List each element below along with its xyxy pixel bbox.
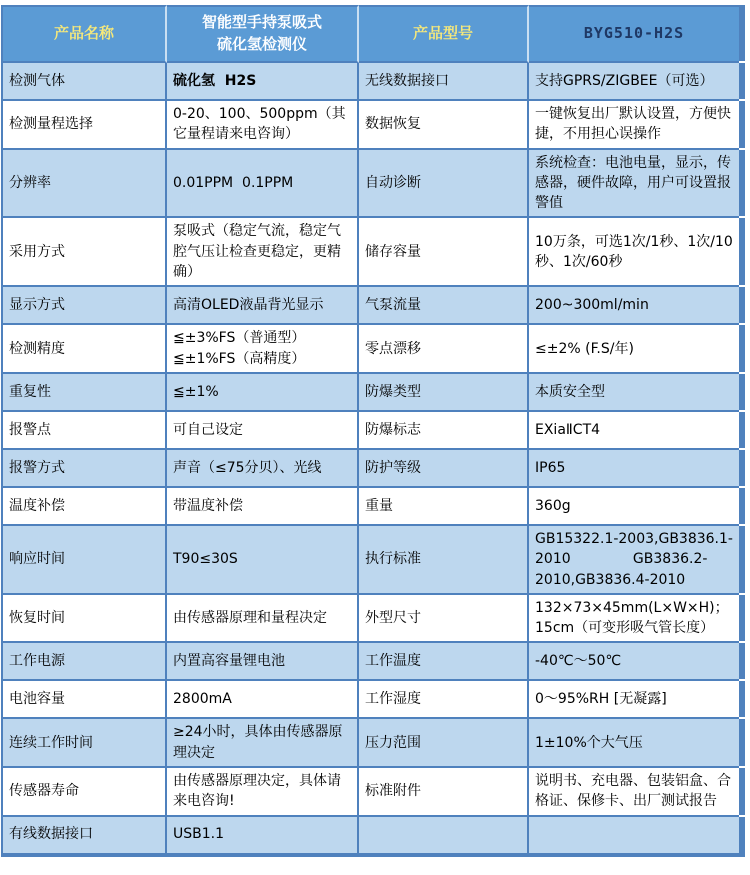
spec-value-right-cell: ≤±2% (F.S/年) bbox=[529, 325, 739, 374]
spec-value-left-cell: USB1.1 bbox=[167, 817, 359, 857]
spec-value-left-cell: T90≤30S bbox=[167, 526, 359, 595]
table-row: 检测量程选择 0-20、100、500ppm（其它量程请来电咨询） 数据恢复 一… bbox=[1, 101, 745, 150]
spec-value-left-cell: 可自己设定 bbox=[167, 412, 359, 450]
spec-label-left-cell: 采用方式 bbox=[1, 218, 167, 287]
spec-label-left-cell: 电池容量 bbox=[1, 681, 167, 719]
table-right-edge-segment bbox=[739, 325, 745, 374]
spec-label-left-cell: 检测精度 bbox=[1, 325, 167, 374]
table-right-edge-segment bbox=[739, 150, 745, 219]
spec-label-right-cell: 气泵流量 bbox=[359, 287, 529, 325]
table-right-edge-segment bbox=[739, 681, 745, 719]
spec-label-right-cell: 重量 bbox=[359, 488, 529, 526]
spec-label-left-cell: 响应时间 bbox=[1, 526, 167, 595]
spec-label-left-cell: 连续工作时间 bbox=[1, 719, 167, 768]
spec-value-left-cell: 内置高容量锂电池 bbox=[167, 643, 359, 681]
spec-value-left-cell: ≥24小时，具体由传感器原理决定 bbox=[167, 719, 359, 768]
table-row: 温度补偿 带温度补偿 重量 360g bbox=[1, 488, 745, 526]
product-spec-table: 产品名称 智能型手持泵吸式 硫化氢检测仪 产品型号 BYG510-H2S 检测气… bbox=[1, 5, 745, 857]
spec-value-right-cell: 10万条，可选1次/1秒、1次/10秒、1次/60秒 bbox=[529, 218, 739, 287]
spec-label-left-cell: 温度补偿 bbox=[1, 488, 167, 526]
spec-value-right-cell: 本质安全型 bbox=[529, 374, 739, 412]
spec-value-right-cell: EXiaⅡCT4 bbox=[529, 412, 739, 450]
spec-value-left-cell: 由传感器原理决定，具体请来电咨询! bbox=[167, 768, 359, 817]
spec-label-right-cell: 执行标准 bbox=[359, 526, 529, 595]
spec-label-right-cell: 零点漂移 bbox=[359, 325, 529, 374]
spec-label-right-cell: 防护等级 bbox=[359, 450, 529, 488]
spec-value-right-cell: 200~300ml/min bbox=[529, 287, 739, 325]
table-row: 分辨率 0.01PPM 0.1PPM 自动诊断 系统检查：电池电量，显示，传感器… bbox=[1, 150, 745, 219]
table-row: 检测精度 ≦±3%FS（普通型）≦±1%FS（高精度） 零点漂移 ≤±2% (F… bbox=[1, 325, 745, 374]
spec-label-right-cell: 数据恢复 bbox=[359, 101, 529, 150]
spec-value-right-cell: 132×73×45mm(L×W×H)；15cm（可变形吸气管长度） bbox=[529, 595, 739, 644]
table-row: 有线数据接口 USB1.1 bbox=[1, 817, 745, 857]
spec-value-left-cell: 高清OLED液晶背光显示 bbox=[167, 287, 359, 325]
spec-label-right-cell bbox=[359, 817, 529, 857]
spec-label-right-cell: 工作温度 bbox=[359, 643, 529, 681]
table-right-edge-segment bbox=[739, 817, 745, 857]
table-row: 传感器寿命 由传感器原理决定，具体请来电咨询! 标准附件 说明书、充电器、包装铝… bbox=[1, 768, 745, 817]
table-right-edge-segment bbox=[739, 412, 745, 450]
table-right-edge-segment bbox=[739, 5, 745, 63]
spec-label-right-cell: 防爆标志 bbox=[359, 412, 529, 450]
table-row: 连续工作时间 ≥24小时，具体由传感器原理决定 压力范围 1±10%个大气压 bbox=[1, 719, 745, 768]
spec-value-left-cell: 0.01PPM 0.1PPM bbox=[167, 150, 359, 219]
spec-value-left-cell: 2800mA bbox=[167, 681, 359, 719]
spec-table-header: 产品名称 智能型手持泵吸式 硫化氢检测仪 产品型号 BYG510-H2S bbox=[1, 5, 745, 63]
spec-label-left-cell: 报警方式 bbox=[1, 450, 167, 488]
spec-label-left-cell: 检测量程选择 bbox=[1, 101, 167, 150]
table-row: 报警方式 声音（≤75分贝）、光线 防护等级 IP65 bbox=[1, 450, 745, 488]
table-row: 工作电源 内置高容量锂电池 工作温度 -40℃～50℃ bbox=[1, 643, 745, 681]
spec-value-left-cell: ≦±1% bbox=[167, 374, 359, 412]
spec-label-right-cell: 防爆类型 bbox=[359, 374, 529, 412]
spec-table-body: 检测气体 硫化氢 H2S 无线数据接口 支持GPRS/ZIGBEE（可选） 检测… bbox=[1, 63, 745, 857]
spec-label-right-cell: 工作湿度 bbox=[359, 681, 529, 719]
spec-value-right-cell: 一键恢复出厂默认设置，方便快捷，不用担心误操作 bbox=[529, 101, 739, 150]
spec-label-right-cell: 无线数据接口 bbox=[359, 63, 529, 101]
spec-label-left-cell: 传感器寿命 bbox=[1, 768, 167, 817]
spec-label-left-cell: 工作电源 bbox=[1, 643, 167, 681]
header-row: 产品名称 智能型手持泵吸式 硫化氢检测仪 产品型号 BYG510-H2S bbox=[1, 5, 745, 63]
spec-label-left-cell: 重复性 bbox=[1, 374, 167, 412]
header-product-name-value: 智能型手持泵吸式 硫化氢检测仪 bbox=[167, 5, 359, 63]
table-right-edge-segment bbox=[739, 218, 745, 287]
table-row: 检测气体 硫化氢 H2S 无线数据接口 支持GPRS/ZIGBEE（可选） bbox=[1, 63, 745, 101]
spec-value-left-cell: 声音（≤75分贝）、光线 bbox=[167, 450, 359, 488]
spec-label-left-cell: 报警点 bbox=[1, 412, 167, 450]
spec-value-left-cell: 硫化氢 H2S bbox=[167, 63, 359, 101]
spec-value-right-cell: GB15322.1-2003,GB3836.1-2010 GB3836.2-20… bbox=[529, 526, 739, 595]
spec-value-right-cell: 说明书、充电器、包装铝盒、合格证、保修卡、出厂测试报告 bbox=[529, 768, 739, 817]
header-model-value: BYG510-H2S bbox=[529, 5, 739, 63]
table-row: 电池容量 2800mA 工作湿度 0～95%RH [无凝露] bbox=[1, 681, 745, 719]
spec-label-right-cell: 外型尺寸 bbox=[359, 595, 529, 644]
spec-value-right-cell bbox=[529, 817, 739, 857]
spec-value-left-cell: 带温度补偿 bbox=[167, 488, 359, 526]
spec-label-right-cell: 自动诊断 bbox=[359, 150, 529, 219]
spec-label-left-cell: 检测气体 bbox=[1, 63, 167, 101]
table-right-edge-segment bbox=[739, 526, 745, 595]
spec-value-left-cell: ≦±3%FS（普通型）≦±1%FS（高精度） bbox=[167, 325, 359, 374]
table-right-edge-segment bbox=[739, 101, 745, 150]
table-row: 采用方式 泵吸式（稳定气流，稳定气腔气压让检查更稳定，更精确） 储存容量 10万… bbox=[1, 218, 745, 287]
header-product-name-label: 产品名称 bbox=[1, 5, 167, 63]
spec-label-left-cell: 恢复时间 bbox=[1, 595, 167, 644]
spec-value-right-cell: -40℃～50℃ bbox=[529, 643, 739, 681]
spec-value-left-cell: 泵吸式（稳定气流，稳定气腔气压让检查更稳定，更精确） bbox=[167, 218, 359, 287]
table-row: 恢复时间 由传感器原理和量程决定 外型尺寸 132×73×45mm(L×W×H)… bbox=[1, 595, 745, 644]
spec-label-left-cell: 有线数据接口 bbox=[1, 817, 167, 857]
spec-value-right-cell: 360g bbox=[529, 488, 739, 526]
table-right-edge-segment bbox=[739, 63, 745, 101]
table-right-edge-segment bbox=[739, 488, 745, 526]
table-right-edge-segment bbox=[739, 719, 745, 768]
spec-value-right-cell: 1±10%个大气压 bbox=[529, 719, 739, 768]
table-right-edge-segment bbox=[739, 768, 745, 817]
spec-label-right-cell: 储存容量 bbox=[359, 218, 529, 287]
spec-value-left-cell: 0-20、100、500ppm（其它量程请来电咨询） bbox=[167, 101, 359, 150]
table-right-edge-segment bbox=[739, 643, 745, 681]
spec-value-right-cell: 支持GPRS/ZIGBEE（可选） bbox=[529, 63, 739, 101]
spec-value-left-cell: 由传感器原理和量程决定 bbox=[167, 595, 359, 644]
spec-label-right-cell: 压力范围 bbox=[359, 719, 529, 768]
spec-label-left-cell: 显示方式 bbox=[1, 287, 167, 325]
spec-value-right-cell: IP65 bbox=[529, 450, 739, 488]
table-row: 响应时间 T90≤30S 执行标准 GB15322.1-2003,GB3836.… bbox=[1, 526, 745, 595]
table-row: 报警点 可自己设定 防爆标志 EXiaⅡCT4 bbox=[1, 412, 745, 450]
table-right-edge-segment bbox=[739, 374, 745, 412]
table-right-edge-segment bbox=[739, 450, 745, 488]
spec-value-right-cell: 0～95%RH [无凝露] bbox=[529, 681, 739, 719]
spec-value-right-cell: 系统检查：电池电量，显示，传感器，硬件故障，用户可设置报警值 bbox=[529, 150, 739, 219]
spec-label-left-cell: 分辨率 bbox=[1, 150, 167, 219]
spec-label-right-cell: 标准附件 bbox=[359, 768, 529, 817]
table-right-edge-segment bbox=[739, 287, 745, 325]
table-right-edge-segment bbox=[739, 595, 745, 644]
table-row: 显示方式 高清OLED液晶背光显示 气泵流量 200~300ml/min bbox=[1, 287, 745, 325]
table-row: 重复性 ≦±1% 防爆类型 本质安全型 bbox=[1, 374, 745, 412]
header-model-label: 产品型号 bbox=[359, 5, 529, 63]
